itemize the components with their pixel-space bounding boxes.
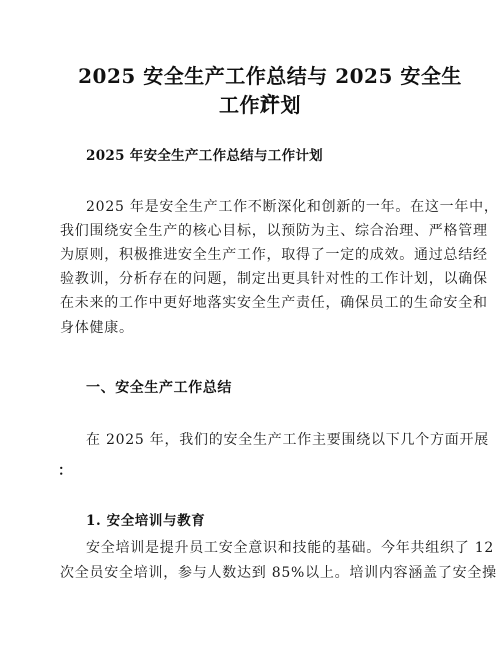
intro-paragraph-line: 2025 年是安全生产工作不断深化和创新的一年。在这一年中， bbox=[86, 197, 499, 217]
intro-paragraph-line: 验教训，分析存在的问题，制定出更具针对性的工作计划，以确保 bbox=[60, 269, 488, 289]
section-heading: 一、安全生产工作总结 bbox=[86, 378, 232, 398]
document-title-line-2: 工作计划 bbox=[60, 91, 460, 119]
section-lead-line: 在 2025 年，我们的安全生产工作主要围绕以下几个方面开展 bbox=[86, 430, 489, 450]
intro-paragraph-line: 我们围绕安全生产的核心目标，以预防为主、综合治理、严格管理 bbox=[60, 221, 488, 241]
intro-paragraph-line: 为原则，积极推进安全生产工作，取得了一定的成效。通过总结经 bbox=[60, 245, 488, 265]
document-subtitle: 2025 年安全生产工作总结与工作计划 bbox=[86, 146, 323, 166]
subsection-paragraph-line: 安全培训是提升员工安全意识和技能的基础。今年共组织了 12 bbox=[86, 538, 494, 558]
document-page: 2025 安全生产工作总结与 2025 安全生产 工作计划 2025 年安全生产… bbox=[0, 0, 500, 647]
intro-paragraph-line: 在未来的工作中更好地落实安全生产责任，确保员工的生命安全和 bbox=[60, 293, 488, 313]
subsection-heading: 1. 安全培训与教育 bbox=[86, 511, 205, 531]
section-lead-continuation: ： bbox=[58, 461, 72, 481]
subsection-paragraph-line: 次全员安全培训，参与人数达到 85%以上。培训内容涵盖了安全操 bbox=[60, 563, 497, 583]
intro-paragraph-line: 身体健康。 bbox=[60, 318, 134, 338]
